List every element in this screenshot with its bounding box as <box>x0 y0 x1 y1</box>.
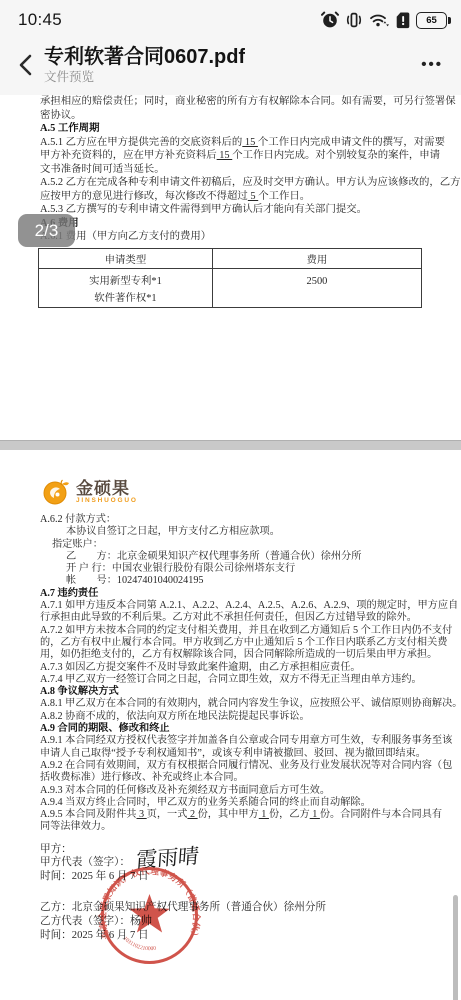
back-button[interactable] <box>12 48 40 82</box>
file-subtitle: 文件预览 <box>44 69 245 85</box>
doc-line: 的，乙方有权中止履行本合同。甲方收到乙方中止通知后 5 个工作日内联系乙方支付相… <box>40 637 441 649</box>
doc-line: A.6.2 付款方式： <box>40 514 441 526</box>
doc-line: 本协议自签订之日起，甲方支付乙方相应款项。 <box>40 526 441 538</box>
doc-line: 乙 方：北京金硕果知识产权代理事务所（普通合伙）徐州分所 <box>40 551 441 563</box>
doc-line: 用，如仍拒绝支付的，乙方有权解除该合同，因合同解除所造成的一切后果由甲方承担。 <box>40 649 441 661</box>
svg-text:北京金硕果知识产权代理事务所（普通合伙）徐州分所: 北京金硕果知识产权代理事务所（普通合伙）徐州分所 <box>92 858 203 942</box>
logo-text: 金硕果 JINSHUOGUO <box>76 480 138 505</box>
header-titles: 专利软著合同0607.pdf 文件预览 <box>44 45 245 85</box>
status-bar: 10:45 <box>0 0 461 40</box>
status-time: 10:45 <box>18 10 62 30</box>
doc-line: 甲方补充资料的，应在甲方补充资料后 15 个工作日内完成。对个别较复杂的案件，申… <box>40 149 443 163</box>
fee-type-1: 实用新型专利*1 <box>39 273 212 290</box>
logo-en: JINSHUOGUO <box>76 497 138 505</box>
doc-line: A.7.4 甲乙双方一经签订合同之日起，合同立即生效，双方不得无正当理由单方违约… <box>40 674 441 686</box>
doc-line: A.5.2 乙方在完成各种专利申请文件初稿后，应及时交甲方确认。甲方认为应该修改… <box>40 176 443 190</box>
chevron-left-icon <box>15 51 37 79</box>
doc-line: A.5.1 乙方应在甲方提供完善的交底资料后的 15 个工作日内完成申请文件的撰… <box>40 136 443 150</box>
sim-warning-icon <box>396 11 410 29</box>
doc-line: 密协议。 <box>40 109 443 123</box>
doc-line: A.5 工作周期 <box>40 122 443 136</box>
doc-line: 帐 号：10247401040024195 <box>40 575 441 587</box>
doc-line: 行承担由此导致的不利后果。乙方对此不承担任何责任，但因乙方过错导致的除外。 <box>40 612 441 624</box>
file-title: 专利软著合同0607.pdf <box>44 45 245 69</box>
doc-line: A.7 违约责任 <box>40 588 441 600</box>
doc-line: A.6 费用 <box>40 217 443 231</box>
doc-line: 申请人自己取得“授予专利权通知书”，或该专利申请被撤回、驳回、视为撤回即结束。 <box>40 748 441 760</box>
more-menu-button[interactable]: ••• <box>419 54 445 76</box>
doc-line: A.5.3 乙方撰写的专利申请文件需得到甲方确认后才能向有关部门提交。 <box>40 203 443 217</box>
wifi-traffic-icon <box>369 11 390 29</box>
doc-line: 文书准备时间可适当延长。 <box>40 163 443 177</box>
doc-line: A.8.2 协商不成的，依法向双方所在地民法院提起民事诉讼。 <box>40 711 441 723</box>
doc-line: A.8.1 甲乙双方在本合同的有效期内，就合同内容发生争议，应按照公平、诚信原则… <box>40 698 441 710</box>
logo-cn: 金硕果 <box>76 480 138 497</box>
company-seal: 北京金硕果知识产权代理事务所（普通合伙）徐州分所 1031102210000 <box>92 858 207 973</box>
doc-line: 应按甲方的意见进行修改，每次修改不得超过 5 个工作日。 <box>40 190 443 204</box>
status-icons: 65 <box>321 11 447 29</box>
seal-serial: 1031102210000 <box>122 936 157 952</box>
doc-line: A.9.1 本合同经双方授权代表签字并加盖各自公章或合同专用章方可生效，专利服务… <box>40 735 441 747</box>
doc-line: A.9.5 本合同及附件共 3 页，一式 2 份，其中甲方 1 份，乙方 1 份… <box>40 809 441 821</box>
seal-ring-text: 北京金硕果知识产权代理事务所（普通合伙）徐州分所 <box>92 858 203 942</box>
doc-line: A.9 合同的期限、修改和终止 <box>40 723 441 735</box>
pdf-page-2-text: A.6.2 付款方式：本协议自签订之日起，甲方支付乙方相应款项。指定账户：乙 方… <box>40 514 441 834</box>
fee-type-2: 软件著作权*1 <box>39 290 212 307</box>
doc-line: 括收费标准）进行修改、补充或终止本合同。 <box>40 772 441 784</box>
doc-line: A.9.4 当双方终止合同时，甲乙双方的业务关系随合同的终止而自动解除。 <box>40 797 441 809</box>
phone-screen: 10:45 <box>0 0 461 1000</box>
doc-line: A.7.2 如甲方未按本合同的约定支付相关费用，并且在收到乙方通知后 5 个工作… <box>40 625 441 637</box>
seal-star <box>129 894 170 933</box>
doc-line: 指定账户： <box>40 539 441 551</box>
scrollbar-thumb[interactable] <box>453 895 458 1000</box>
vibrate-icon <box>345 11 363 29</box>
page-divider <box>0 440 461 450</box>
doc-line: A.7.1 如甲方违反本合同第 A.2.1、A.2.2、A.2.4、A.2.5、… <box>40 600 441 612</box>
fee-table-header-fee: 费用 <box>212 249 421 269</box>
fee-table-header-type: 申请类型 <box>39 249 213 269</box>
file-preview-header: 专利软著合同0607.pdf 文件预览 ••• <box>0 40 461 95</box>
page-indicator-badge: 2/3 <box>18 214 75 247</box>
doc-line: A.6.1 费用（甲方向乙方支付的费用） <box>40 230 443 244</box>
battery-level: 65 <box>426 15 437 26</box>
doc-line: 开 户 行：中国农业银行股份有限公司徐州塔东支行 <box>40 563 441 575</box>
pdf-viewport[interactable]: 承担相应的赔偿责任；同时，商业秘密的所有方有权解除本合同。如有需要，可另行签署保… <box>0 95 461 1000</box>
doc-line: A.7.3 如因乙方提交案件不及时导致此案件逾期，由乙方承担相应责任。 <box>40 662 441 674</box>
doc-line: A.9.2 在合同有效期间，双方有权根据合同履行情况、业务及行业发展状况等对合同… <box>40 760 441 772</box>
jinshuoguo-logo-icon <box>42 478 70 506</box>
fee-table-row: 实用新型专利*1 软件著作权*1 2500 <box>39 269 422 308</box>
fee-amount: 2500 <box>213 273 421 290</box>
company-logo: 金硕果 JINSHUOGUO <box>42 477 441 507</box>
alarm-icon <box>321 11 339 29</box>
battery-indicator: 65 <box>416 12 447 29</box>
fee-table-wrap: 申请类型 费用 实用新型专利*1 软件著作权*1 2500 <box>40 243 443 308</box>
doc-line: A.9.3 对本合同的任何修改及补充须经双方书面同意后方可生效。 <box>40 785 441 797</box>
fee-table: 申请类型 费用 实用新型专利*1 软件著作权*1 2500 <box>38 248 422 308</box>
doc-line: 承担相应的赔偿责任；同时，商业秘密的所有方有权解除本合同。如有需要，可另行签署保 <box>40 95 443 109</box>
doc-line: 同等法律效力。 <box>40 821 441 833</box>
doc-line: A.8 争议解决方式 <box>40 686 441 698</box>
svg-text:1031102210000: 1031102210000 <box>122 936 157 952</box>
pdf-page-1-text: 承担相应的赔偿责任；同时，商业秘密的所有方有权解除本合同。如有需要，可另行签署保… <box>40 95 443 244</box>
party-a-label: 甲方： <box>40 843 441 857</box>
